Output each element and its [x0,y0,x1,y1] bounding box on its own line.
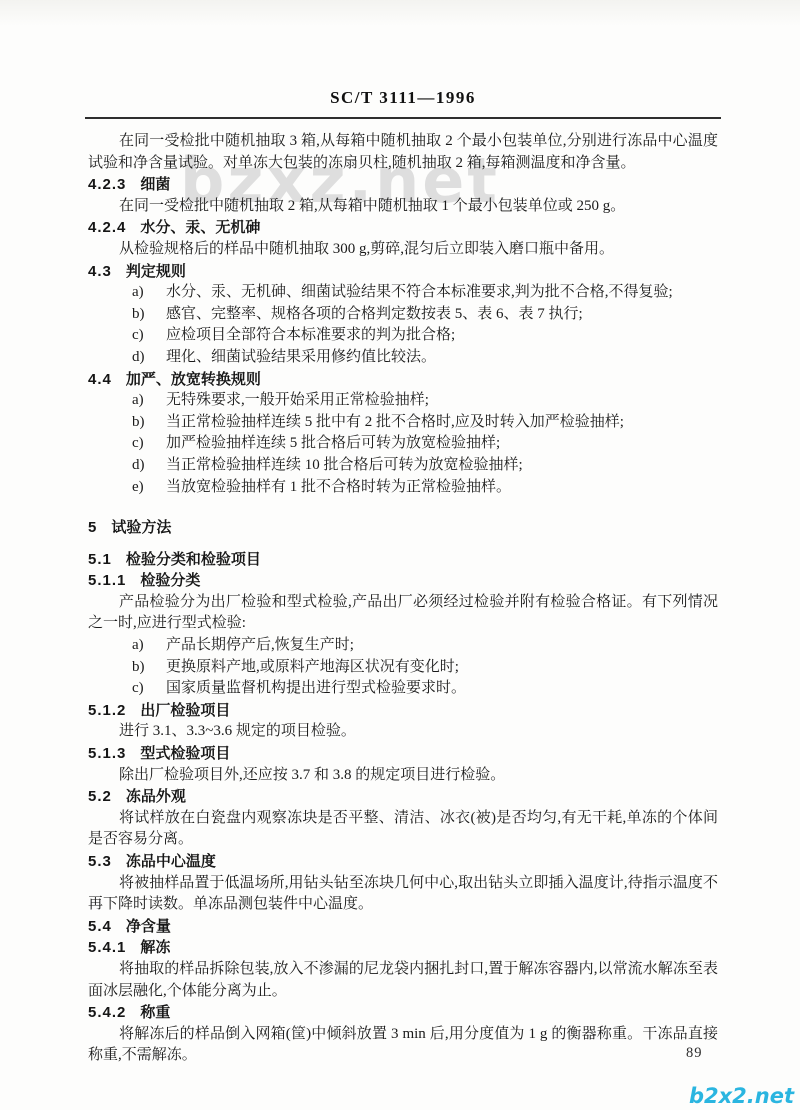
clause-heading: 5.1.3型式检验项目 [88,743,718,765]
clause-title: 检验分类和检验项目 [126,551,261,568]
clause-heading: 4.2.4水分、汞、无机砷 [88,217,718,239]
item-text: 当正常检验抽样连续 5 批中有 2 批不合格时,应及时转入加严检验抽样; [166,412,718,434]
paragraph: 将被抽样品置于低温场所,用钻头钻至冻块几何中心,取出钻头立即插入温度计,待指示温… [88,873,718,916]
paragraph: 除出厂检验项目外,还应按 3.7 和 3.8 的规定项目进行检验。 [88,765,718,787]
item-text: 加严检验抽样连续 5 批合格后可转为放宽检验抽样; [166,433,718,455]
clause-title: 净含量 [126,918,171,935]
section-heading: 5试验方法 [88,517,718,539]
clause-number: 5.4.2 [88,1004,126,1021]
standard-code-header: SC/T 3111—1996 [88,88,718,108]
item-text: 国家质量监督机构提出进行型式检验要求时。 [166,678,718,700]
clause-heading: 5.4.1解冻 [88,937,718,959]
paragraph: 在同一受检批中随机抽取 3 箱,从每箱中随机抽取 2 个最小包装单位,分别进行冻… [88,131,718,174]
item-marker: d) [132,347,166,369]
item-marker: a) [132,390,166,412]
clause-title: 检验分类 [140,572,200,589]
clause-number: 5.1.3 [88,745,126,762]
list-item: c)加严检验抽样连续 5 批合格后可转为放宽检验抽样; [88,433,718,455]
header-rule [85,117,721,119]
clause-heading: 4.4加严、放宽转换规则 [88,369,718,391]
clause-number: 5.4.1 [88,939,126,956]
item-marker: a) [132,282,166,304]
item-marker: a) [132,635,166,657]
list-item: a)产品长期停产后,恢复生产时; [88,635,718,657]
clause-title: 解冻 [140,939,170,956]
clause-heading: 5.1.2出厂检验项目 [88,700,718,722]
clause-number: 4.3 [88,263,112,280]
page-number: 89 [686,1045,703,1062]
item-text: 水分、汞、无机砷、细菌试验结果不符合本标准要求,判为批不合格,不得复验; [166,282,718,304]
item-marker: b) [132,657,166,679]
clause-title: 加严、放宽转换规则 [126,371,261,388]
clause-heading: 5.4净含量 [88,916,718,938]
clause-number: 5.1 [88,551,112,568]
list-item: e)当放宽检验抽样有 1 批不合格时转为正常检验抽样。 [88,477,718,499]
clause-number: 5.2 [88,788,112,805]
clause-title: 出厂检验项目 [140,702,230,719]
clause-title: 冻品中心温度 [126,853,216,870]
document-column: SC/T 3111—1996 在同一受检批中随机抽取 3 箱,从每箱中随机抽取 … [88,88,718,1067]
paragraph: 进行 3.1、3.3~3.6 规定的项目检验。 [88,721,718,743]
clause-number: 4.4 [88,371,112,388]
clause-title: 称重 [140,1004,170,1021]
clause-heading: 5.1检验分类和检验项目 [88,549,718,571]
clause-title: 水分、汞、无机砷 [140,219,260,236]
clause-heading: 4.2.3细菌 [88,174,718,196]
item-marker: c) [132,433,166,455]
clause-title: 试验方法 [111,519,171,536]
item-text: 更换原料产地,或原料产地海区状况有变化时; [166,657,718,679]
clause-heading: 5.1.1检验分类 [88,570,718,592]
list-item: a)无特殊要求,一般开始采用正常检验抽样; [88,390,718,412]
paragraph: 从检验规格后的样品中随机抽取 300 g,剪碎,混匀后立即装入磨口瓶中备用。 [88,239,718,261]
item-text: 当正常检验抽样连续 10 批合格后可转为放宽检验抽样; [166,455,718,477]
paragraph: 将试样放在白瓷盘内观察冻块是否平整、清洁、冰衣(被)是否均匀,有无干耗,单冻的个… [88,808,718,851]
clause-number: 5.1.1 [88,572,126,589]
list-item: a)水分、汞、无机砷、细菌试验结果不符合本标准要求,判为批不合格,不得复验; [88,282,718,304]
paragraph: 产品检验分为出厂检验和型式检验,产品出厂必须经过检验并附有检验合格证。有下列情况… [88,592,718,635]
clause-number: 5.4 [88,918,112,935]
clause-heading: 5.2冻品外观 [88,786,718,808]
clause-title: 判定规则 [126,263,186,280]
clause-title: 型式检验项目 [140,745,230,762]
item-marker: b) [132,304,166,326]
list-item: b)更换原料产地,或原料产地海区状况有变化时; [88,657,718,679]
clause-heading: 4.3判定规则 [88,261,718,283]
clause-number: 4.2.4 [88,219,126,236]
document-body: 在同一受检批中随机抽取 3 箱,从每箱中随机抽取 2 个最小包装单位,分别进行冻… [88,131,718,1067]
item-text: 当放宽检验抽样有 1 批不合格时转为正常检验抽样。 [166,477,718,499]
clause-title: 冻品外观 [126,788,186,805]
item-text: 无特殊要求,一般开始采用正常检验抽样; [166,390,718,412]
clause-number: 5.3 [88,853,112,870]
list-item: b)感官、完整率、规格各项的合格判定数按表 5、表 6、表 7 执行; [88,304,718,326]
clause-number: 4.2.3 [88,176,126,193]
item-text: 产品长期停产后,恢复生产时; [166,635,718,657]
clause-number: 5 [88,519,97,536]
list-item: c)国家质量监督机构提出进行型式检验要求时。 [88,678,718,700]
list-item: b)当正常检验抽样连续 5 批中有 2 批不合格时,应及时转入加严检验抽样; [88,412,718,434]
clause-heading: 5.4.2称重 [88,1002,718,1024]
paragraph: 在同一受检批中随机抽取 2 箱,从每箱中随机抽取 1 个最小包装单位或 250 … [88,196,718,218]
site-logo-watermark: b2x2.net [689,1084,794,1108]
item-marker: e) [132,477,166,499]
list-item: d)理化、细菌试验结果采用修约值比较法。 [88,347,718,369]
list-item: c)应检项目全部符合本标准要求的判为批合格; [88,325,718,347]
clause-heading: 5.3冻品中心温度 [88,851,718,873]
clause-title: 细菌 [140,176,170,193]
item-text: 感官、完整率、规格各项的合格判定数按表 5、表 6、表 7 执行; [166,304,718,326]
item-marker: c) [132,325,166,347]
item-marker: d) [132,455,166,477]
paragraph: 将解冻后的样品倒入网箱(筐)中倾斜放置 3 min 后,用分度值为 1 g 的衡… [88,1024,718,1067]
item-text: 理化、细菌试验结果采用修约值比较法。 [166,347,718,369]
scanned-standard-page: bzxz.net SC/T 3111—1996 在同一受检批中随机抽取 3 箱,… [0,0,800,1110]
item-marker: b) [132,412,166,434]
paragraph: 将抽取的样品拆除包装,放入不渗漏的尼龙袋内捆扎封口,置于解冻容器内,以常流水解冻… [88,959,718,1002]
item-text: 应检项目全部符合本标准要求的判为批合格; [166,325,718,347]
item-marker: c) [132,678,166,700]
list-item: d)当正常检验抽样连续 10 批合格后可转为放宽检验抽样; [88,455,718,477]
clause-number: 5.1.2 [88,702,126,719]
